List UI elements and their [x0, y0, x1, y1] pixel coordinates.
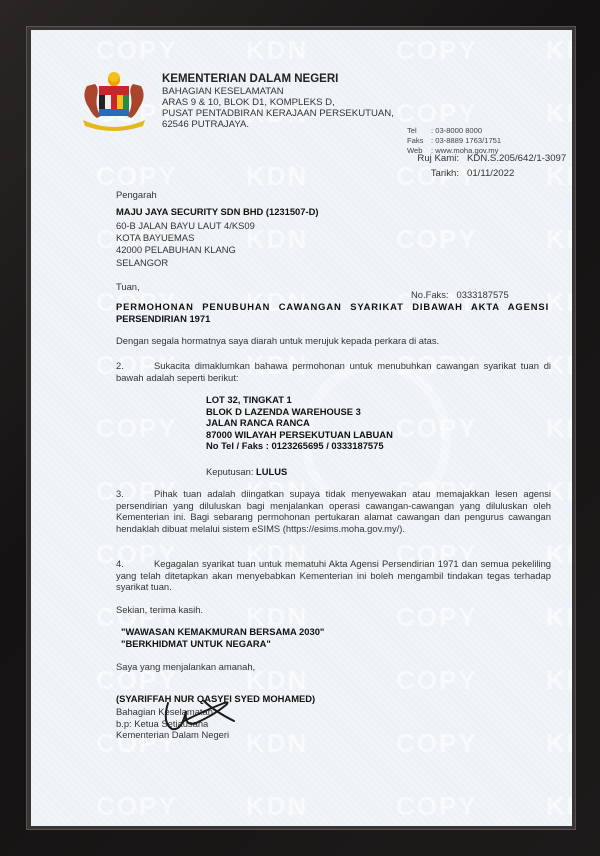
address-line: ARAS 9 & 10, BLOK D1, KOMPLEKS D,	[162, 97, 394, 108]
subject-line-2: PERSENDIRIAN 1971	[116, 313, 551, 325]
recipient-fax: No.Faks:0333187575	[411, 289, 509, 300]
ref-label: Ruj Kami:	[403, 151, 459, 166]
motto-2: "BERKHIDMAT UNTUK NEGARA"	[121, 638, 556, 650]
motto-1: "WAWASAN KEMAKMURAN BERSAMA 2030"	[121, 626, 556, 638]
watermark-text: COPY	[396, 98, 478, 129]
watermark-text: COPY	[396, 791, 478, 822]
watermark-text: KDN	[246, 161, 308, 192]
recipient-address: 60-B JALAN BAYU LAUT 4/KS09 KOTA BAYUEMA…	[116, 220, 551, 269]
letter-date: 01/11/2022	[467, 168, 514, 179]
address-line: BAHAGIAN KESELAMATAN	[162, 86, 394, 97]
address-line: 62546 PUTRAJAYA.	[162, 119, 394, 130]
paragraph-3: 3.Pihak tuan adalah diingatkan supaya ti…	[116, 488, 551, 534]
contact-tel: Tel: 03-8000 8000	[407, 126, 501, 136]
watermark-text: KDN	[546, 35, 572, 66]
date-label: Tarikh:	[403, 166, 459, 181]
paragraph-4: 4.Kegagalan syarikat tuan untuk mematuhi…	[116, 558, 551, 593]
ministry-name: KEMENTERIAN DALAM NEGERI	[162, 74, 394, 85]
letterhead: KEMENTERIAN DALAM NEGERI BAHAGIAN KESELA…	[162, 74, 394, 130]
recipient-company: MAJU JAYA SECURITY SDN BHD (1231507-D)	[116, 206, 551, 218]
reference-block: Ruj Kami:KDN.S.205/642/1-3097 Tarikh:01/…	[403, 151, 566, 181]
watermark-text: COPY	[96, 35, 178, 66]
paragraph-2: 2.Sukacita dimaklumkan bahawa permohonan…	[116, 360, 551, 383]
watermark-text: KDN	[546, 413, 572, 444]
ref-number: KDN.S.205/642/1-3097	[467, 153, 566, 164]
watermark-text: KDN	[246, 35, 308, 66]
decision: Keputusan: LULUS	[206, 466, 406, 478]
watermark-text: KDN	[546, 98, 572, 129]
trust-line: Saya yang menjalankan amanah,	[116, 661, 551, 673]
watermark-text: COPY	[96, 413, 178, 444]
branch-address: LOT 32, TINGKAT 1 BLOK D LAZENDA WAREHOU…	[206, 394, 506, 452]
contact-fax: Faks: 03-8889 1763/1751	[407, 136, 501, 146]
watermark-text: KDN	[546, 791, 572, 822]
subject-line-1: PERMOHONAN PENUBUHAN CAWANGAN SYARIKAT D…	[116, 301, 551, 313]
closing: Sekian, terima kasih.	[116, 604, 551, 616]
watermark-text: COPY	[396, 35, 478, 66]
intro-paragraph: Dengan segala hormatnya saya diarah untu…	[116, 335, 551, 347]
watermark-text: COPY	[96, 791, 178, 822]
letter-document: COPYKDNCOPYKDNCOPYKDNCOPYKDNCOPYKDNCOPYK…	[31, 30, 572, 826]
recipient-title: Pengarah	[116, 189, 551, 201]
coat-of-arms-icon	[79, 70, 149, 132]
signature-icon	[146, 697, 266, 737]
watermark-text: KDN	[246, 791, 308, 822]
address-line: PUSAT PENTADBIRAN KERAJAAN PERSEKUTUAN,	[162, 108, 394, 119]
decision-status: LULUS	[256, 466, 287, 477]
watermark-text: COPY	[96, 161, 178, 192]
